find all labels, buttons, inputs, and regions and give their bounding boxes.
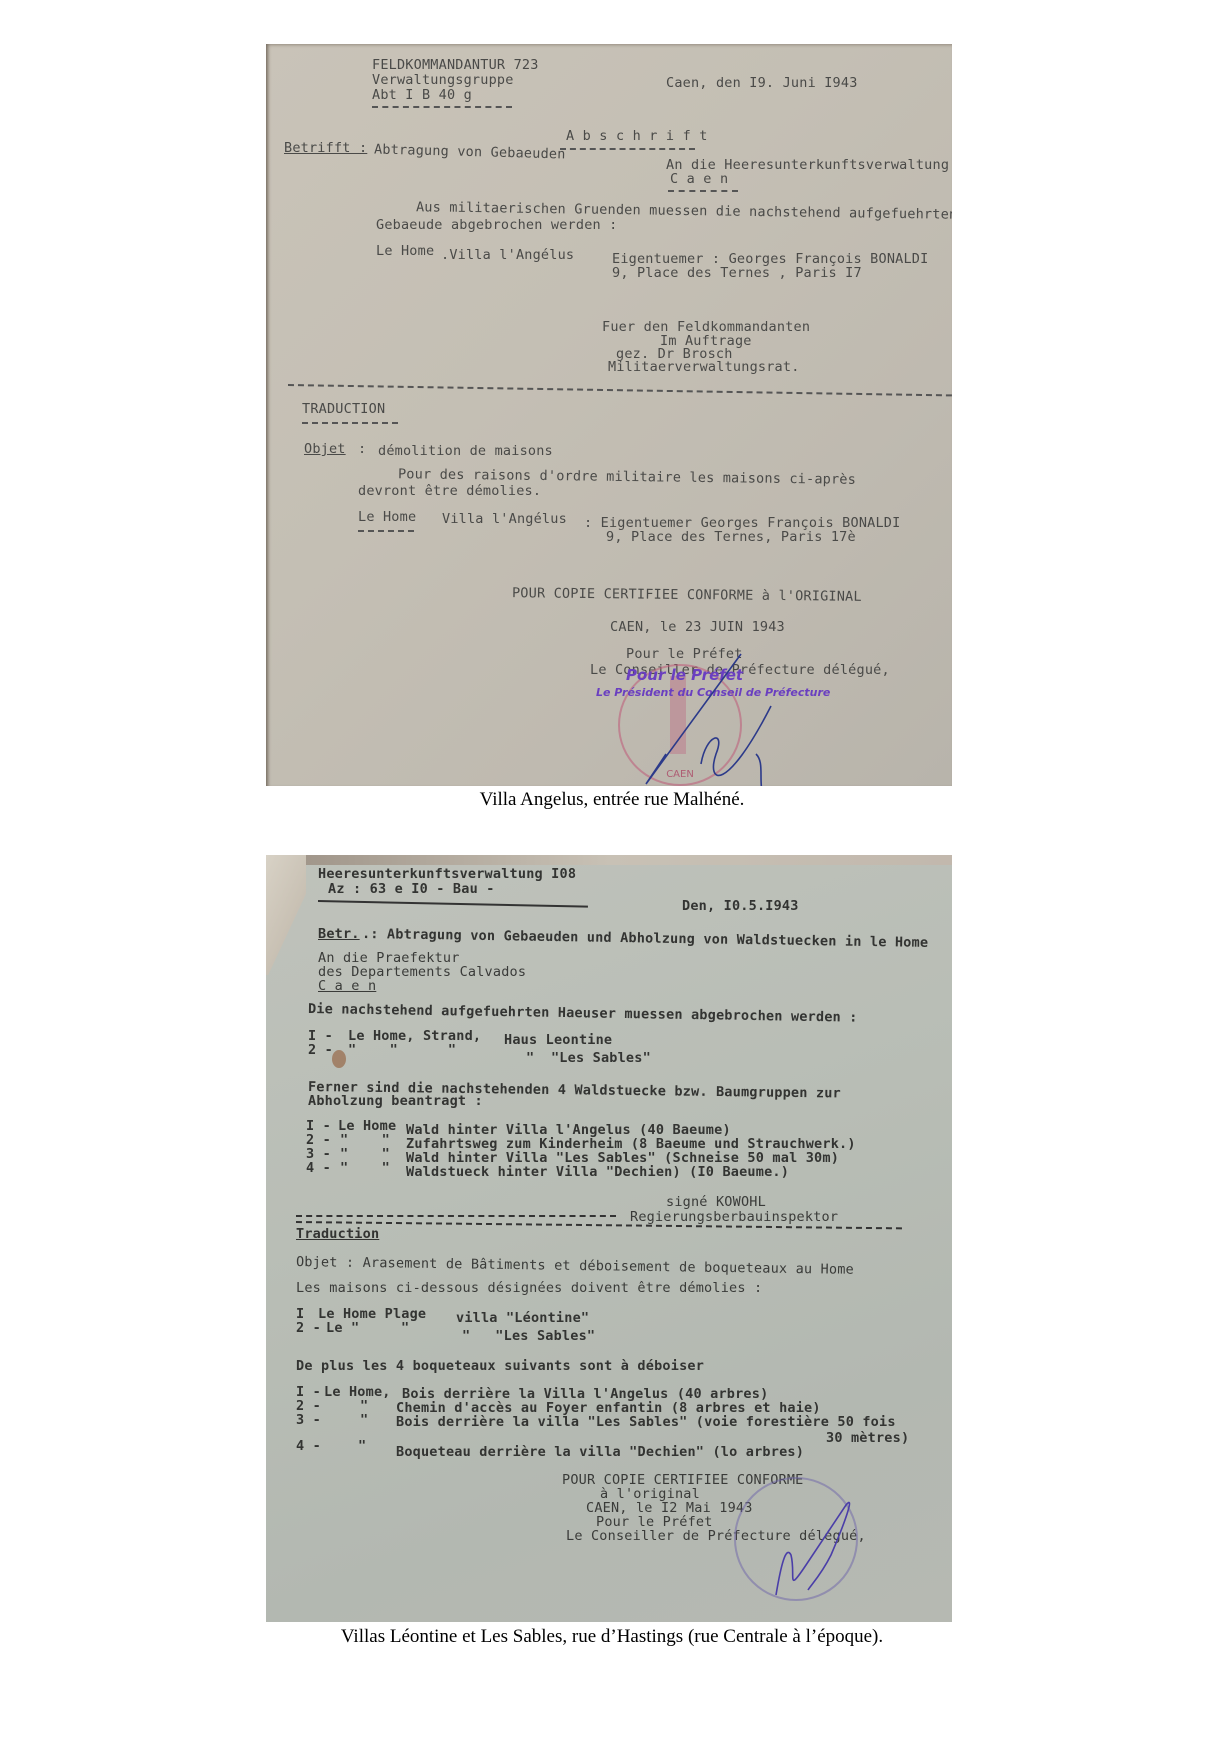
doc1-tr-owner-line2: 9, Place des Ternes, Paris 17è [606,530,856,545]
doc2-tr-wood-1-place: Le Home, [324,1385,391,1400]
doc1-tr-place: Le Home [358,510,416,525]
doc2-wood-4-place: " " [340,1161,390,1176]
doc1-object: démolition de maisons [378,444,553,459]
doc1-org-line3: Abt I B 40 g [372,88,472,103]
doc2-translation-heading: Traduction [296,1227,379,1242]
doc2-date: Den, I0.5.I943 [682,899,799,914]
doc2-house-2-name: " "Les Sables" [526,1051,651,1066]
doc2-tr-house-2-num: 2 - [296,1321,321,1336]
caption-villas-leontine-les-sables: Villas Léontine et Les Sables, rue d’Has… [0,1626,1224,1648]
doc2-woods-intro-line2: Abholzung beantragt : [308,1094,483,1109]
doc1-recipient-line2: C a e n [670,172,728,187]
doc1-body-line2: Gebaeude abgebrochen werden : [376,218,618,233]
doc2-tr-wood-4-desc: Boqueteau derrière la villa "Dechien" (l… [396,1445,804,1460]
doc1-separator [288,384,952,396]
doc1-subject: Abtragung von Gebaeuden [374,142,566,162]
doc1-translation-rule [302,422,398,424]
doc2-tr-wood-3-num: 3 - [296,1413,321,1428]
doc2-subject-label: Betr. [318,927,360,942]
doc1-entry-villa: .Villa l'Angélus [441,248,574,263]
doc2-tr-wood-3-cont: 30 mètres) [826,1431,909,1446]
signature-scribble-icon-2 [736,1485,876,1605]
doc2-tr-object: Objet : Arasement de Bâtiments et débois… [296,1255,854,1278]
doc1-cert-line1: POUR COPIE CERTIFIEE CONFORME à l'ORIGIN… [512,586,862,605]
document-photo-villas-leontine-les-sables: Heeresunterkunftsverwaltung I08 Az : 63 … [266,855,952,1622]
doc1-entry-place: Le Home [376,244,434,259]
doc2-tr-houses-intro: Les maisons ci-dessous désignées doivent… [296,1281,762,1296]
doc2-houses-intro: Die nachstehend aufgefuehrten Haeuser mu… [308,1002,858,1026]
doc2-tr-wood-4-place: " [358,1439,366,1454]
doc1-tr-place-rule [358,530,414,532]
doc2-tr-house-2-place: Le " " [326,1321,409,1336]
doc1-header-rule [372,106,512,108]
doc2-wood-4-num: 4 - [306,1161,331,1176]
doc1-translation-heading: TRADUCTION [302,402,385,417]
doc2-subject: .: Abtragung von Gebaeuden und Abholzung… [362,927,928,951]
doc1-recipient-rule [668,190,738,192]
doc2-house-2-place: " " " [348,1043,456,1058]
doc1-org-line2: Verwaltungsgruppe [372,73,514,88]
doc2-org-line1: Heeresunterkunftsverwaltung I08 [318,867,576,882]
doc1-tr-body-line2: devront être démolies. [358,484,541,499]
doc2-tr-wood-4-num: 4 - [296,1439,321,1454]
doc2-recipient-line3: C a e n [318,979,376,994]
signature-scribble-icon [606,644,826,786]
doc2-tr-house-2-name: " "Les Sables" [462,1329,595,1344]
doc2-separator-left [296,1215,616,1217]
doc1-cert-line2: CAEN, le 23 JUIN 1943 [610,620,785,635]
doc1-subject-label: Betrifft : [284,141,367,156]
doc2-signed-line2: Regierungsberbauinspektor [630,1210,838,1225]
paper-fold [266,855,306,975]
doc2-tr-wood-3-desc: Bois derrière la villa "Les Sables" (voi… [396,1415,896,1430]
doc2-house-2-num: 2 - [308,1043,333,1058]
doc2-tr-house-1-name: villa "Léontine" [456,1311,589,1326]
doc2-wood-4-desc: Waldstueck hinter Villa "Dechien) (I0 Ba… [406,1165,789,1180]
doc1-object-label: Objet [304,442,346,457]
doc1-tr-villa: Villa l'Angélus [442,512,567,527]
rust-stain [332,1050,346,1068]
doc2-tr-woods-intro: De plus les 4 boqueteaux suivants sont à… [296,1359,704,1374]
doc2-signed-line1: signé KOWOHL [666,1195,766,1210]
doc1-sig-line4: Militaerverwaltungsrat. [608,360,800,375]
caption-villa-angelus: Villa Angelus, entrée rue Malhéné. [0,789,1224,811]
doc1-org-line1: FELDKOMMANDANTUR 723 [372,58,539,73]
document-photo-villa-angelus: FELDKOMMANDANTUR 723 Verwaltungsgruppe A… [266,44,952,786]
doc2-house-1-name: Haus Leontine [504,1033,612,1048]
doc2-org-line2: Az : 63 e I0 - Bau - [328,882,495,897]
doc1-date: Caen, den I9. Juni I943 [666,76,858,91]
doc2-header-rule [318,900,588,908]
doc2-tr-wood-3-place: " [360,1413,368,1428]
doc1-object-sep: : [358,442,366,457]
doc1-title: A b s c h r i f t [566,129,708,144]
doc1-entry-owner-line2: 9, Place des Ternes , Paris I7 [612,266,862,281]
photo-top-strip [266,855,952,865]
doc1-title-rule [560,148,695,150]
